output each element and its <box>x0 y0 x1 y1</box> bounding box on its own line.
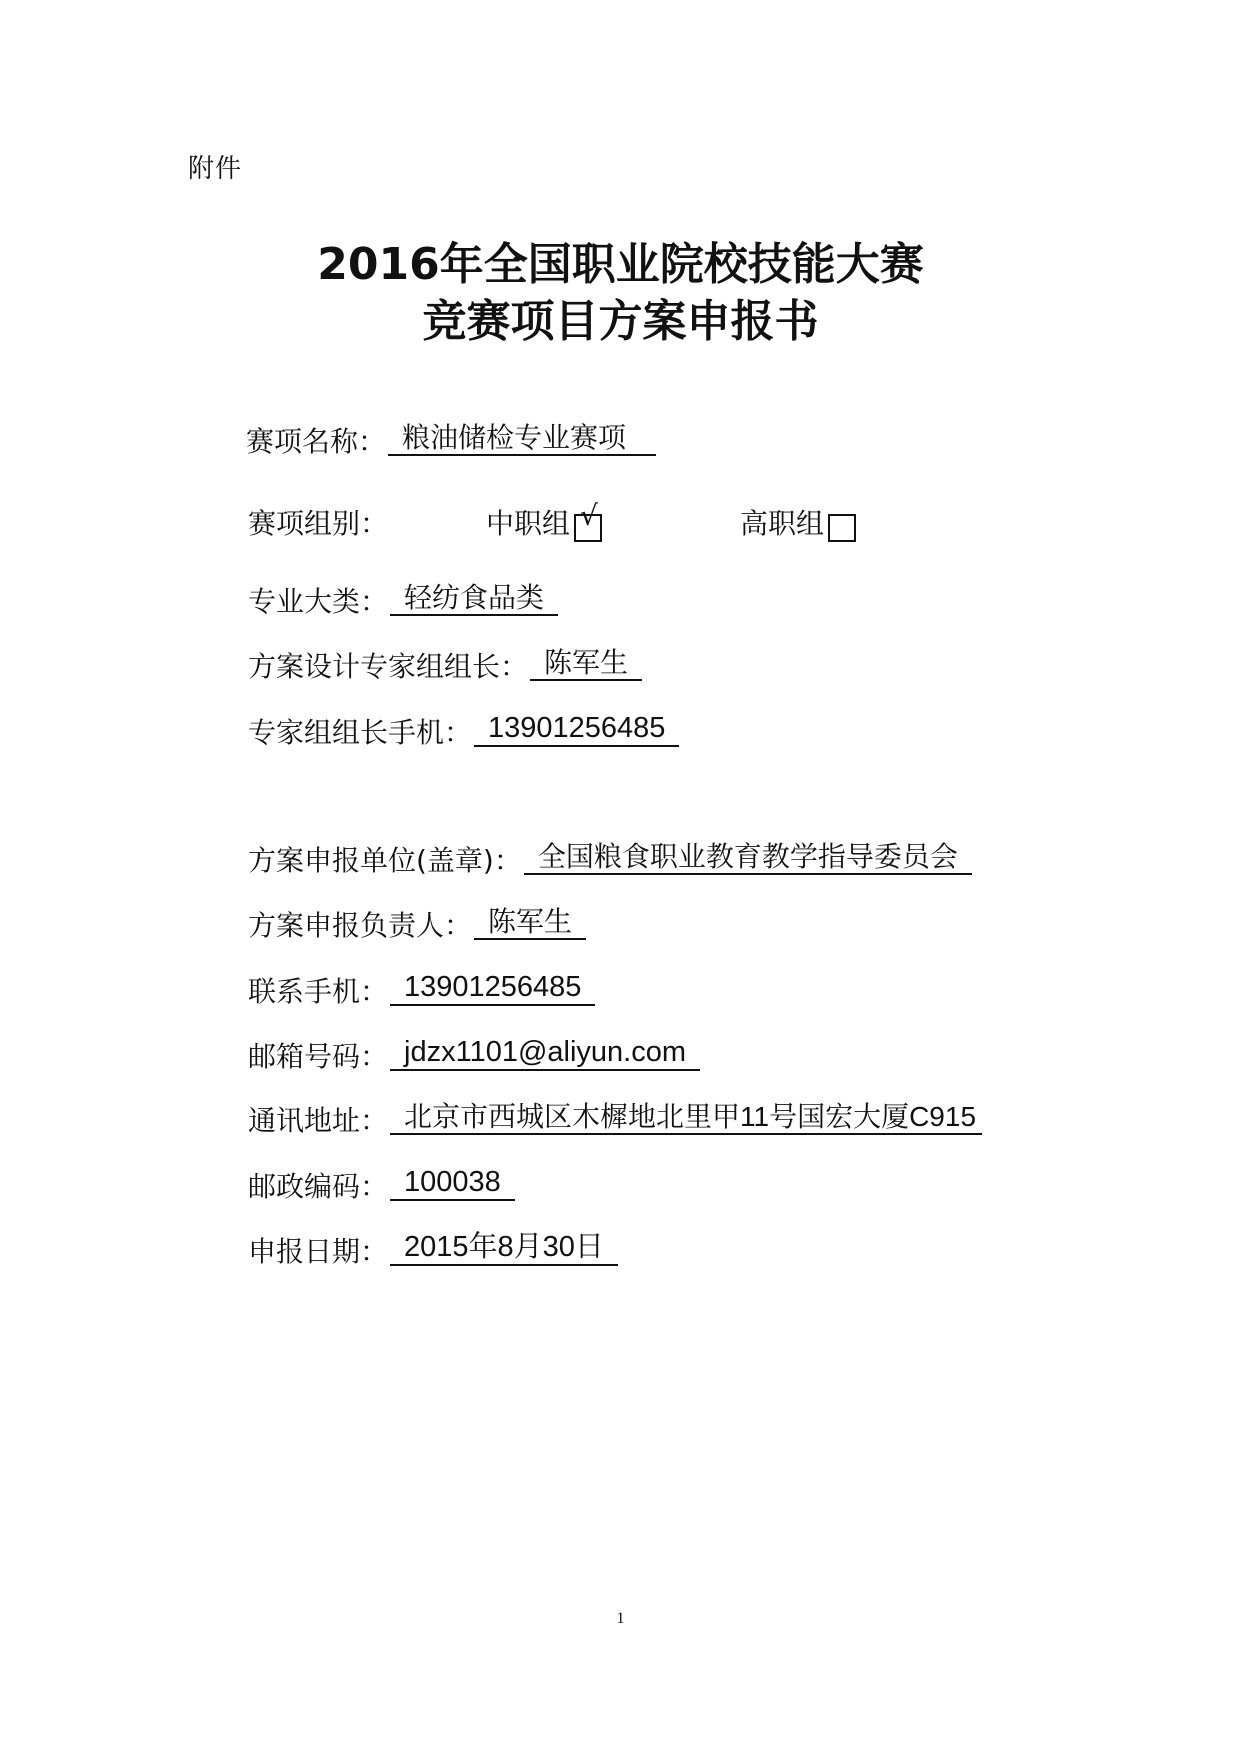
expert-group-leader-field: 方案设计专家组组长： 陈军生 <box>248 649 642 681</box>
major-category-field: 专业大类： 轻纺食品类 <box>248 584 558 616</box>
email-label: 邮箱号码： <box>248 1043 388 1071</box>
contact-phone-value[interactable]: 13901256485 <box>390 973 595 1006</box>
major-category-value[interactable]: 轻纺食品类 <box>390 584 558 616</box>
address-field: 通讯地址： 北京市西城区木樨地北里甲11号国宏大厦C915 <box>248 1103 982 1135</box>
applicant-unit-value[interactable]: 全国粮食职业教育教学指导委员会 <box>524 843 972 875</box>
group-option-higher-vocational: 高职组 <box>740 502 856 542</box>
page-number: 1 <box>0 1610 1241 1628</box>
expert-group-leader-label: 方案设计专家组组长： <box>248 653 528 681</box>
secondary-vocational-checkbox[interactable]: √ <box>574 514 602 542</box>
event-group-field: 赛项组别： 中职组 √ 高职组 <box>248 502 948 542</box>
application-date-field: 申报日期： 2015年8月30日 <box>248 1233 618 1266</box>
document-title-line1: 2016年全国职业院校技能大赛 <box>0 243 1241 287</box>
contact-phone-label: 联系手机： <box>248 978 388 1006</box>
event-name-field: 赛项名称： 粮油储检专业赛项 <box>246 424 656 456</box>
event-group-label: 赛项组别： <box>248 502 388 542</box>
group-option-label: 高职组 <box>740 502 824 542</box>
postal-code-field: 邮政编码： 100038 <box>248 1168 515 1201</box>
document-title-line2: 竞赛项目方案申报书 <box>0 300 1241 344</box>
application-date-value[interactable]: 2015年8月30日 <box>390 1233 618 1266</box>
attachment-label: 附件 <box>188 148 242 185</box>
applicant-person-field: 方案申报负责人： 陈军生 <box>248 908 586 940</box>
higher-vocational-checkbox[interactable] <box>828 514 856 542</box>
leader-phone-value[interactable]: 13901256485 <box>474 714 679 747</box>
application-date-label: 申报日期： <box>248 1238 388 1266</box>
major-category-label: 专业大类： <box>248 588 388 616</box>
event-name-value[interactable]: 粮油储检专业赛项 <box>388 424 656 456</box>
postal-code-value[interactable]: 100038 <box>390 1168 515 1201</box>
check-mark-icon: √ <box>580 502 598 530</box>
group-option-label: 中职组 <box>486 502 570 542</box>
document-page: 附件 2016年全国职业院校技能大赛 竞赛项目方案申报书 赛项名称： 粮油储检专… <box>0 0 1241 1754</box>
group-option-secondary-vocational: 中职组 √ <box>486 502 602 542</box>
applicant-unit-label: 方案申报单位(盖章)： <box>248 847 522 875</box>
applicant-person-label: 方案申报负责人： <box>248 912 472 940</box>
address-value[interactable]: 北京市西城区木樨地北里甲11号国宏大厦C915 <box>390 1103 982 1135</box>
applicant-unit-field: 方案申报单位(盖章)： 全国粮食职业教育教学指导委员会 <box>248 843 972 875</box>
email-field: 邮箱号码： jdzx1101@aliyun.com <box>248 1038 700 1071</box>
email-value[interactable]: jdzx1101@aliyun.com <box>390 1038 700 1071</box>
event-name-label: 赛项名称： <box>246 428 386 456</box>
address-label: 通讯地址： <box>248 1107 388 1135</box>
leader-phone-field: 专家组组长手机： 13901256485 <box>248 714 679 747</box>
contact-phone-field: 联系手机： 13901256485 <box>248 973 595 1006</box>
postal-code-label: 邮政编码： <box>248 1173 388 1201</box>
expert-group-leader-value[interactable]: 陈军生 <box>530 649 642 681</box>
leader-phone-label: 专家组组长手机： <box>248 719 472 747</box>
applicant-person-value[interactable]: 陈军生 <box>474 908 586 940</box>
